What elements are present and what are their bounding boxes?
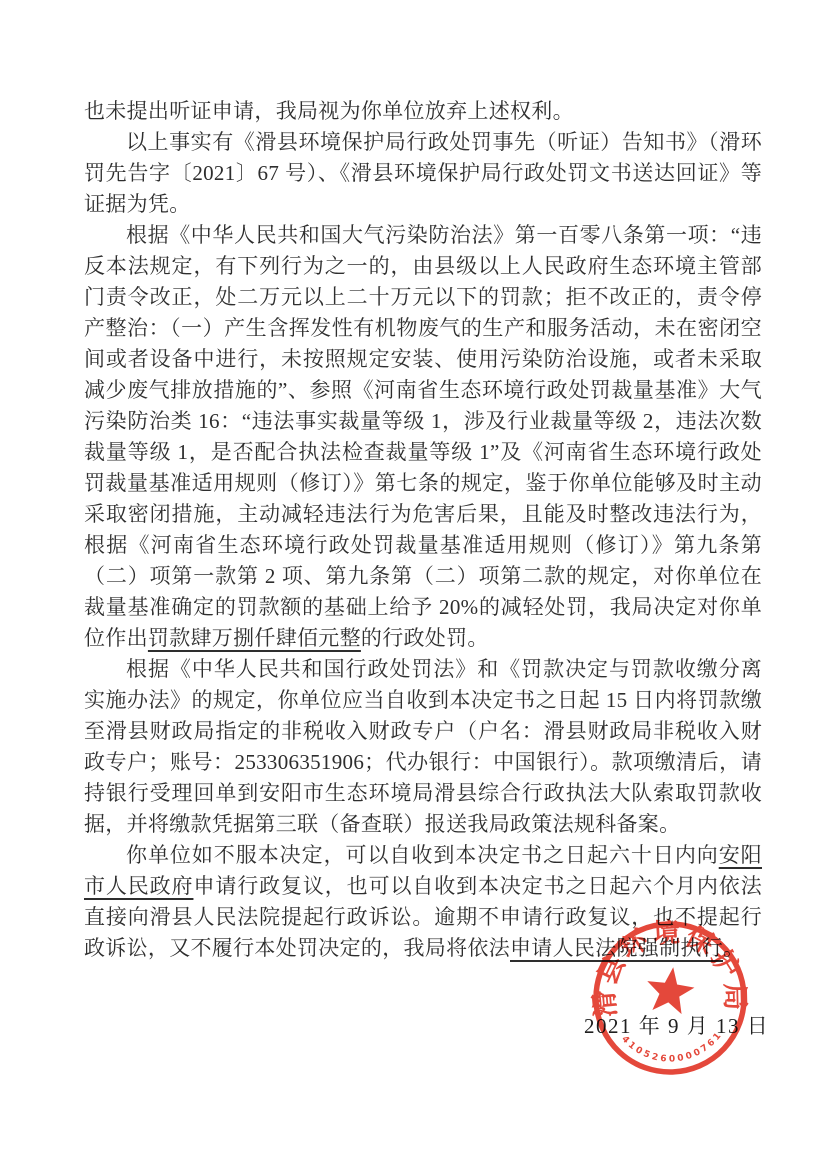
paragraph-payment-instructions: 根据《中华人民共和国行政处罚法》和《罚款决定与罚款收缴分离实施办法》的规定，你单… (84, 654, 762, 840)
paragraph-text: 你单位如不服本决定，可以自收到本决定书之日起六十日内向 (126, 843, 719, 867)
paragraph-text: 的行政处罚。 (361, 626, 489, 650)
paragraph-evidence: 以上事实有《滑县环境保护局行政处罚事先（听证）告知书》（滑环罚先告字〔2021〕… (84, 127, 762, 220)
document-body: 也未提出听证申请，我局视为你单位放弃上述权利。 以上事实有《滑县环境保护局行政处… (84, 96, 762, 964)
paragraph-text: 以上事实有《滑县环境保护局行政处罚事先（听证）告知书》（滑环罚先告字〔2021〕… (84, 130, 762, 216)
penalty-amount-text: 罚款肆万捌仟肆佰元整 (148, 626, 361, 650)
official-seal: 滑县环境保护局 4105260000761 (587, 915, 752, 1080)
paragraph-text: 也未提出听证申请，我局视为你单位放弃上述权利。 (84, 99, 574, 123)
seal-agency-text: 滑县环境保护局 (587, 915, 750, 1018)
paragraph-text: 根据《中华人民共和国行政处罚法》和《罚款决定与罚款收缴分离实施办法》的规定，你单… (84, 657, 762, 836)
seal-agency-textpath: 滑县环境保护局 (587, 915, 750, 1018)
seal-graphic: 滑县环境保护局 4105260000761 (587, 915, 752, 1080)
star-icon (647, 967, 696, 1016)
document-page: 也未提出听证申请，我局视为你单位放弃上述权利。 以上事实有《滑县环境保护局行政处… (0, 0, 830, 1173)
paragraph-legal-basis: 根据《中华人民共和国大气污染防治法》第一百零八条第一项：“违反本法规定，有下列行… (84, 220, 762, 654)
paragraph-text: 根据《中华人民共和国大气污染防治法》第一百零八条第一项：“违反本法规定，有下列行… (84, 223, 762, 650)
paragraph-waiver: 也未提出听证申请，我局视为你单位放弃上述权利。 (84, 96, 762, 127)
